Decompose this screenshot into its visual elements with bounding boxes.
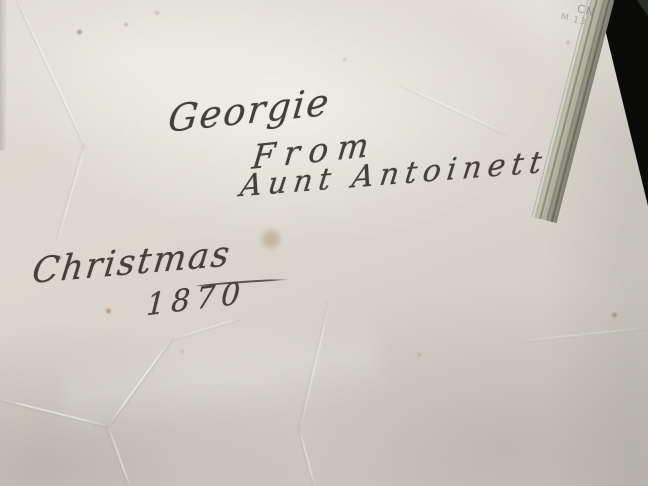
page-left-edge-shadow [0,0,7,150]
foxing-spot [123,22,129,27]
book-page-photo: Georgie From Aunt Antoinette Christmas 1… [0,0,648,486]
foxing-spot [417,352,422,357]
foxing-spot [105,308,112,314]
foxing-spot [565,40,571,45]
foxing-spot [180,349,185,354]
foxing-spot [154,10,160,16]
foxing-spot [611,312,618,318]
foxing-stain [258,228,284,250]
foxing-spot [342,57,348,62]
foxing-spot [76,29,83,35]
